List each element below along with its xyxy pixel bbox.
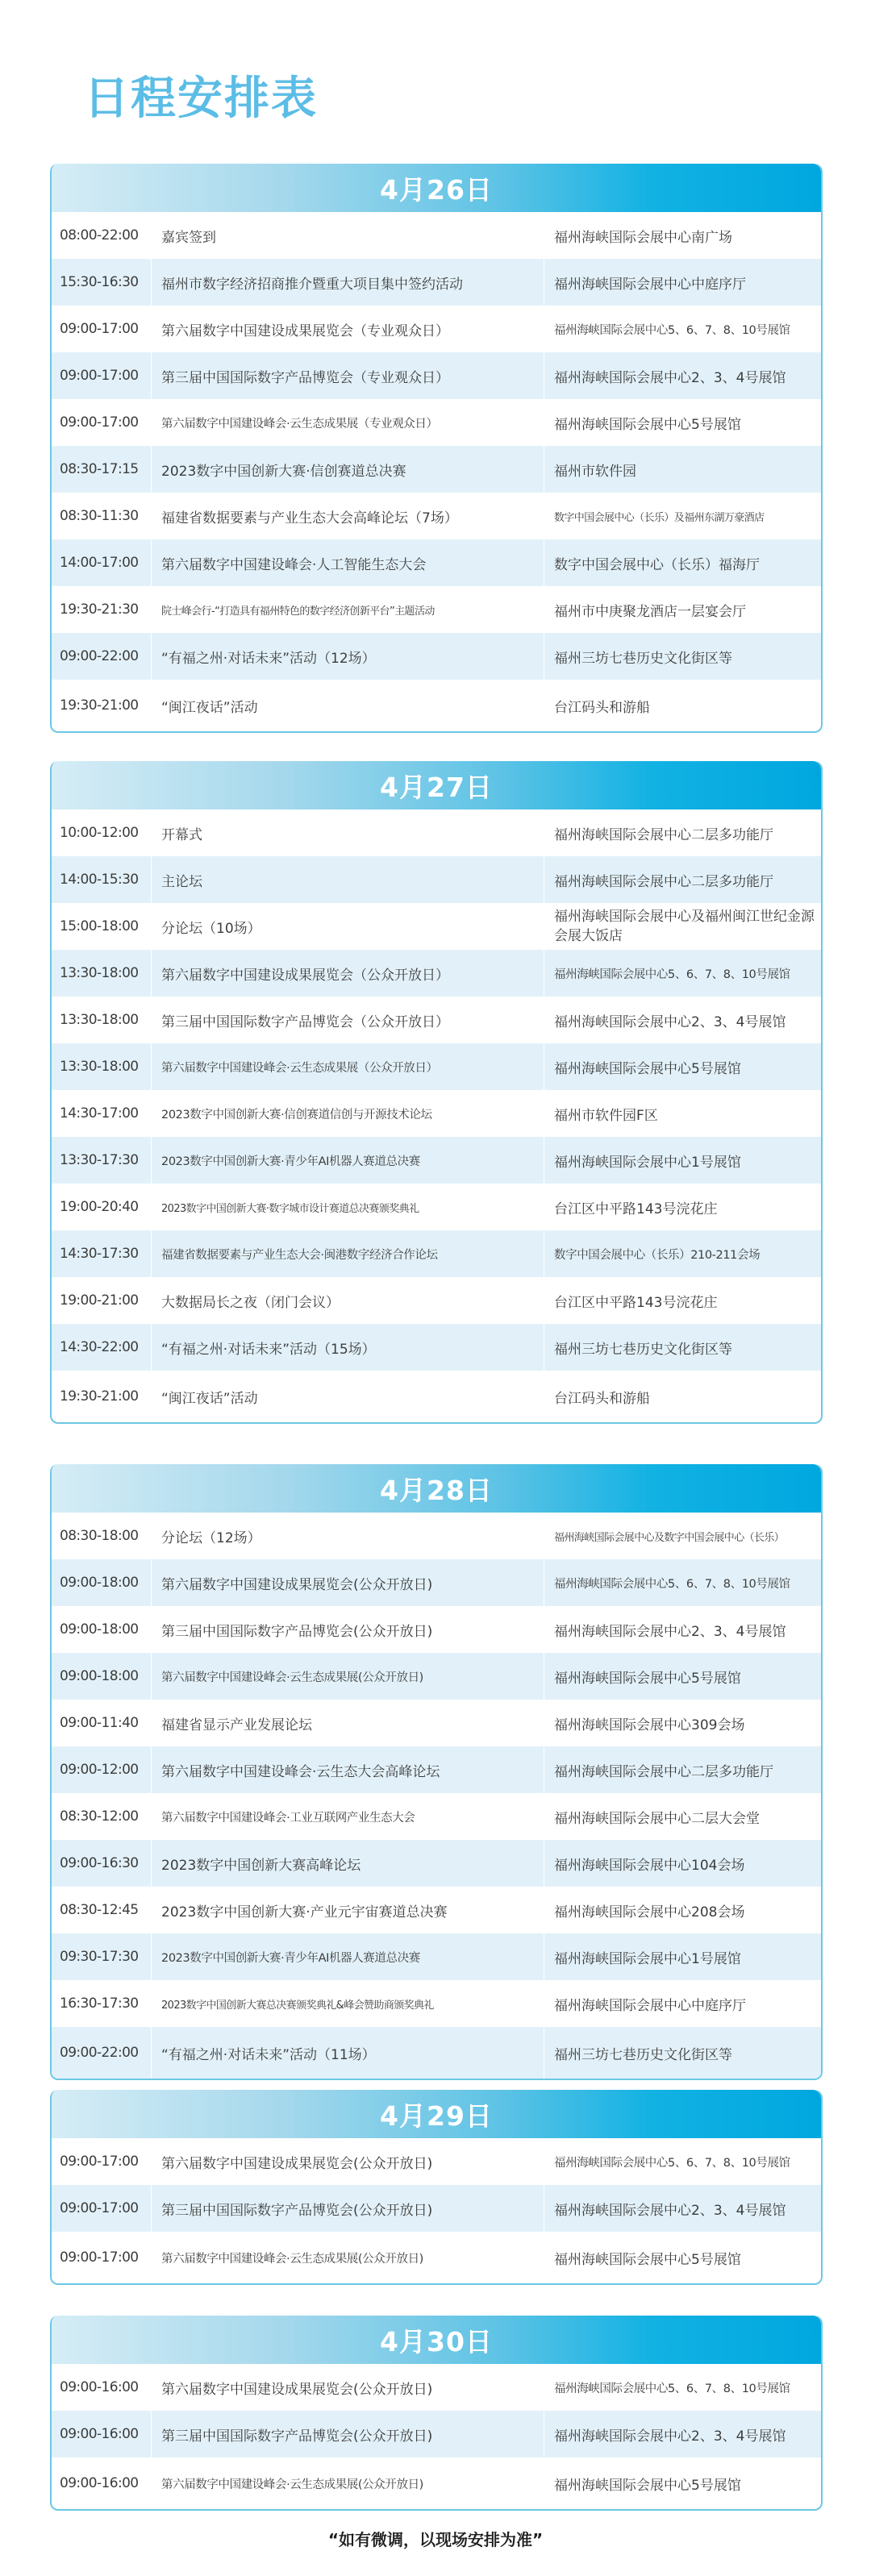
venue-cell: 福州海峡国际会展中心5、6、7、8、10号展馆 [544,1559,821,1606]
venue-cell: 福州海峡国际会展中心2、3、4号展馆 [544,997,821,1043]
venue-cell: 福州海峡国际会展中心二层多功能厅 [544,856,821,903]
venue-cell: 福州三坊七巷历史文化街区等 [544,2027,821,2079]
time-cell: 14:00-15:30 [52,856,151,903]
event-cell: 2023数字中国创新大赛高峰论坛 [151,1840,544,1887]
time-cell: 09:00-17:00 [52,352,151,399]
venue-cell: 福州三坊七巷历史文化街区等 [544,633,821,680]
day-section-apr27: 4月27日 10:00-12:00开幕式福州海峡国际会展中心二层多功能厅 14:… [50,761,823,1424]
venue-cell: 福州海峡国际会展中心208会场 [544,1887,821,1933]
venue-cell: 台江区中平路143号浣花庄 [544,1184,821,1230]
venue-cell: 福州海峡国际会展中心中庭序厅 [544,1980,821,2027]
time-cell: 19:00-20:40 [52,1184,151,1230]
table-row: 08:00-22:00嘉宾签到福州海峡国际会展中心南广场 [52,212,821,259]
table-row: 09:00-11:40福建省显示产业发展论坛福州海峡国际会展中心309会场 [52,1700,821,1746]
venue-cell: 福州海峡国际会展中心1号展馆 [544,1137,821,1184]
time-cell: 19:30-21:00 [52,1371,151,1422]
venue-cell: 福州海峡国际会展中心及福州闽江世纪金源会展大饭店 [544,903,821,950]
time-cell: 08:30-17:15 [52,446,151,493]
table-row: 09:00-16:00第六届数字中国建设峰会·云生态成果展(公众开放日)福州海峡… [52,2457,821,2509]
venue-cell: 福州海峡国际会展中心2、3、4号展馆 [544,1606,821,1653]
event-cell: 第六届数字中国建设成果展览会（专业观众日） [151,306,544,352]
venue-cell: 台江区中平路143号浣花庄 [544,1277,821,1324]
event-cell: 开幕式 [151,809,544,856]
venue-cell: 福州市软件园F区 [544,1090,821,1137]
table-row: 13:30-17:302023数字中国创新大赛·青少年AI机器人赛道总决赛福州海… [52,1137,821,1184]
time-cell: 15:00-18:00 [52,903,151,950]
venue-cell: 数字中国会展中心（长乐）福海厅 [544,539,821,586]
time-cell: 09:00-18:00 [52,1653,151,1700]
table-row: 15:00-18:00分论坛（10场）福州海峡国际会展中心及福州闽江世纪金源会展… [52,903,821,950]
schedule-table: 10:00-12:00开幕式福州海峡国际会展中心二层多功能厅 14:00-15:… [52,809,821,1422]
day-header: 4月28日 [52,1464,821,1513]
time-cell: 09:00-17:00 [52,2185,151,2232]
table-row: 13:30-18:00第六届数字中国建设成果展览会（公众开放日）福州海峡国际会展… [52,950,821,997]
table-row: 14:30-22:00“有福之州·对话未来”活动（15场）福州三坊七巷历史文化街… [52,1324,821,1371]
table-row: 09:00-17:00第六届数字中国建设峰会·云生态成果展（专业观众日）福州海峡… [52,399,821,446]
event-cell: 第六届数字中国建设峰会·云生态成果展（公众开放日） [151,1043,544,1090]
table-row: 08:30-12:452023数字中国创新大赛·产业元宇宙赛道总决赛福州海峡国际… [52,1887,821,1933]
table-row: 09:00-22:00“有福之州·对话未来”活动（12场）福州三坊七巷历史文化街… [52,633,821,680]
time-cell: 09:00-18:00 [52,1606,151,1653]
day-section-apr29: 4月29日 09:00-17:00第六届数字中国建设成果展览会(公众开放日)福州… [50,2090,823,2285]
table-row: 09:00-22:00“有福之州·对话未来”活动（11场）福州三坊七巷历史文化街… [52,2027,821,2079]
schedule-table: 09:00-16:00第六届数字中国建设成果展览会(公众开放日)福州海峡国际会展… [52,2364,821,2509]
event-cell: 第六届数字中国建设峰会·工业互联网产业生态大会 [151,1793,544,1840]
event-cell: 大数据局长之夜（闭门会议） [151,1277,544,1324]
event-cell: 2023数字中国创新大赛·产业元宇宙赛道总决赛 [151,1887,544,1933]
time-cell: 09:00-18:00 [52,1559,151,1606]
schedule-table: 08:00-22:00嘉宾签到福州海峡国际会展中心南广场 15:30-16:30… [52,212,821,731]
table-row: 09:00-16:00第六届数字中国建设成果展览会(公众开放日)福州海峡国际会展… [52,2364,821,2411]
event-cell: 第六届数字中国建设成果展览会(公众开放日) [151,2138,544,2185]
event-cell: 第六届数字中国建设成果展览会(公众开放日) [151,2364,544,2411]
time-cell: 14:30-17:30 [52,1230,151,1277]
time-cell: 09:00-17:00 [52,2138,151,2185]
table-row: 09:00-17:00第六届数字中国建设成果展览会(公众开放日)福州海峡国际会展… [52,2138,821,2185]
day-header: 4月30日 [52,2316,821,2364]
table-row: 16:30-17:302023数字中国创新大赛总决赛颁奖典礼&峰会赞助商颁奖典礼… [52,1980,821,2027]
venue-cell: 福州三坊七巷历史文化街区等 [544,1324,821,1371]
venue-cell: 福州海峡国际会展中心二层多功能厅 [544,1746,821,1793]
venue-cell: 福州海峡国际会展中心5、6、7、8、10号展馆 [544,306,821,352]
day-header: 4月27日 [52,761,821,809]
time-cell: 09:00-17:00 [52,2232,151,2283]
time-cell: 09:00-16:30 [52,1840,151,1887]
time-cell: 13:30-18:00 [52,1043,151,1090]
venue-cell: 福州海峡国际会展中心5号展馆 [544,399,821,446]
event-cell: 院士峰会行-“打造具有福州特色的数字经济创新平台”主题活动 [151,586,544,633]
schedule-table: 09:00-17:00第六届数字中国建设成果展览会(公众开放日)福州海峡国际会展… [52,2138,821,2283]
event-cell: 第六届数字中国建设成果展览会（公众开放日） [151,950,544,997]
table-row: 14:30-17:002023数字中国创新大赛·信创赛道信创与开源技术论坛福州市… [52,1090,821,1137]
event-cell: 第六届数字中国建设成果展览会(公众开放日) [151,1559,544,1606]
time-cell: 09:00-16:00 [52,2457,151,2509]
table-row: 09:00-17:00第六届数字中国建设峰会·云生态成果展(公众开放日)福州海峡… [52,2232,821,2283]
event-cell: “有福之州·对话未来”活动（15场） [151,1324,544,1371]
time-cell: 09:30-17:30 [52,1933,151,1980]
event-cell: 第三届中国国际数字产品博览会(公众开放日) [151,1606,544,1653]
table-row: 15:30-16:30福州市数字经济招商推介暨重大项目集中签约活动福州海峡国际会… [52,259,821,306]
time-cell: 09:00-11:40 [52,1700,151,1746]
table-row: 09:30-17:302023数字中国创新大赛·青少年AI机器人赛道总决赛福州海… [52,1933,821,1980]
venue-cell: 福州海峡国际会展中心南广场 [544,212,821,259]
venue-cell: 福州海峡国际会展中心5号展馆 [544,1043,821,1090]
table-row: 19:30-21:30院士峰会行-“打造具有福州特色的数字经济创新平台”主题活动… [52,586,821,633]
time-cell: 08:30-12:45 [52,1887,151,1933]
time-cell: 16:30-17:30 [52,1980,151,2027]
event-cell: 主论坛 [151,856,544,903]
event-cell: 第三届中国国际数字产品博览会（公众开放日） [151,997,544,1043]
table-row: 09:00-16:302023数字中国创新大赛高峰论坛福州海峡国际会展中心104… [52,1840,821,1887]
event-cell: 第三届中国国际数字产品博览会（专业观众日） [151,352,544,399]
day-header: 4月26日 [52,164,821,212]
table-row: 19:00-21:00大数据局长之夜（闭门会议）台江区中平路143号浣花庄 [52,1277,821,1324]
venue-cell: 福州海峡国际会展中心5、6、7、8、10号展馆 [544,2364,821,2411]
table-row: 08:30-11:30福建省数据要素与产业生态大会高峰论坛（7场）数字中国会展中… [52,493,821,539]
day-section-apr30: 4月30日 09:00-16:00第六届数字中国建设成果展览会(公众开放日)福州… [50,2316,823,2511]
event-cell: 第三届中国国际数字产品博览会(公众开放日) [151,2185,544,2232]
venue-cell: 福州海峡国际会展中心2、3、4号展馆 [544,352,821,399]
venue-cell: 福州海峡国际会展中心5号展馆 [544,2457,821,2509]
time-cell: 14:30-17:00 [52,1090,151,1137]
venue-cell: 数字中国会展中心（长乐）210-211会场 [544,1230,821,1277]
venue-cell: 福州海峡国际会展中心中庭序厅 [544,259,821,306]
event-cell: 2023数字中国创新大赛总决赛颁奖典礼&峰会赞助商颁奖典礼 [151,1980,544,2027]
event-cell: 第六届数字中国建设峰会·云生态成果展(公众开放日) [151,2232,544,2283]
event-cell: 第六届数字中国建设峰会·云生态成果展（专业观众日） [151,399,544,446]
event-cell: 嘉宾签到 [151,212,544,259]
time-cell: 19:30-21:30 [52,586,151,633]
schedule-table: 08:30-18:00分论坛（12场）福州海峡国际会展中心及数字中国会展中心（长… [52,1513,821,2079]
event-cell: 第三届中国国际数字产品博览会(公众开放日) [151,2411,544,2457]
table-row: 19:00-20:402023数字中国创新大赛·数字城市设计赛道总决赛颁奖典礼台… [52,1184,821,1230]
event-cell: 第六届数字中国建设峰会·云生态成果展(公众开放日) [151,1653,544,1700]
event-cell: 2023数字中国创新大赛·信创赛道总决赛 [151,446,544,493]
venue-cell: 福州海峡国际会展中心二层多功能厅 [544,809,821,856]
event-cell: 福建省数据要素与产业生态大会高峰论坛（7场） [151,493,544,539]
event-cell: 2023数字中国创新大赛·信创赛道信创与开源技术论坛 [151,1090,544,1137]
time-cell: 08:30-18:00 [52,1513,151,1559]
time-cell: 08:00-22:00 [52,212,151,259]
table-row: 09:00-18:00第六届数字中国建设峰会·云生态成果展(公众开放日)福州海峡… [52,1653,821,1700]
table-row: 09:00-17:00第三届中国国际数字产品博览会（专业观众日）福州海峡国际会展… [52,352,821,399]
time-cell: 08:30-11:30 [52,493,151,539]
time-cell: 09:00-22:00 [52,2027,151,2079]
table-row: 19:30-21:00“闽江夜话”活动台江码头和游船 [52,1371,821,1422]
venue-cell: 福州海峡国际会展中心1号展馆 [544,1933,821,1980]
time-cell: 14:00-17:00 [52,539,151,586]
event-cell: 第六届数字中国建设峰会·云生态大会高峰论坛 [151,1746,544,1793]
venue-cell: 福州海峡国际会展中心5号展馆 [544,2232,821,2283]
event-cell: 福建省显示产业发展论坛 [151,1700,544,1746]
table-row: 08:30-18:00分论坛（12场）福州海峡国际会展中心及数字中国会展中心（长… [52,1513,821,1559]
day-title: 4月30日 [380,2321,493,2359]
venue-cell: 台江码头和游船 [544,680,821,731]
table-row: 09:00-12:00第六届数字中国建设峰会·云生态大会高峰论坛福州海峡国际会展… [52,1746,821,1793]
table-row: 14:30-17:30福建省数据要素与产业生态大会·闽港数字经济合作论坛数字中国… [52,1230,821,1277]
table-row: 14:00-17:00第六届数字中国建设峰会·人工智能生态大会数字中国会展中心（… [52,539,821,586]
table-row: 13:30-18:00第三届中国国际数字产品博览会（公众开放日）福州海峡国际会展… [52,997,821,1043]
day-title: 4月29日 [380,2095,493,2133]
venue-cell: 台江码头和游船 [544,1371,821,1422]
table-row: 08:30-17:152023数字中国创新大赛·信创赛道总决赛福州市软件园 [52,446,821,493]
event-cell: 2023数字中国创新大赛·青少年AI机器人赛道总决赛 [151,1137,544,1184]
table-row: 09:00-17:00第六届数字中国建设成果展览会（专业观众日）福州海峡国际会展… [52,306,821,352]
event-cell: “闽江夜话”活动 [151,680,544,731]
venue-cell: 福州海峡国际会展中心及数字中国会展中心（长乐） [544,1513,821,1559]
venue-cell: 福州海峡国际会展中心二层大会堂 [544,1793,821,1840]
table-row: 09:00-17:00第三届中国国际数字产品博览会(公众开放日)福州海峡国际会展… [52,2185,821,2232]
event-cell: “有福之州·对话未来”活动（11场） [151,2027,544,2079]
time-cell: 13:30-18:00 [52,997,151,1043]
event-cell: 分论坛（12场） [151,1513,544,1559]
venue-cell: 福州海峡国际会展中心2、3、4号展馆 [544,2185,821,2232]
venue-cell: 福州海峡国际会展中心5、6、7、8、10号展馆 [544,2138,821,2185]
day-section-apr28: 4月28日 08:30-18:00分论坛（12场）福州海峡国际会展中心及数字中国… [50,1464,823,2080]
time-cell: 09:00-17:00 [52,399,151,446]
time-cell: 08:30-12:00 [52,1793,151,1840]
venue-cell: 福州市中庚聚龙酒店一层宴会厅 [544,586,821,633]
time-cell: 19:00-21:00 [52,1277,151,1324]
footer-note: “如有微调，以现场安排为准” [0,2527,871,2550]
time-cell: 09:00-16:00 [52,2364,151,2411]
event-cell: 福建省数据要素与产业生态大会·闽港数字经济合作论坛 [151,1230,544,1277]
event-cell: 分论坛（10场） [151,903,544,950]
venue-cell: 福州海峡国际会展中心2、3、4号展馆 [544,2411,821,2457]
event-cell: “有福之州·对话未来”活动（12场） [151,633,544,680]
event-cell: “闽江夜话”活动 [151,1371,544,1422]
venue-cell: 福州市软件园 [544,446,821,493]
time-cell: 13:30-18:00 [52,950,151,997]
day-title: 4月28日 [380,1470,493,1508]
table-row: 08:30-12:00第六届数字中国建设峰会·工业互联网产业生态大会福州海峡国际… [52,1793,821,1840]
day-title: 4月27日 [380,767,493,805]
time-cell: 19:30-21:00 [52,680,151,731]
table-row: 09:00-16:00第三届中国国际数字产品博览会(公众开放日)福州海峡国际会展… [52,2411,821,2457]
time-cell: 13:30-17:30 [52,1137,151,1184]
event-cell: 2023数字中国创新大赛·青少年AI机器人赛道总决赛 [151,1933,544,1980]
time-cell: 10:00-12:00 [52,809,151,856]
table-row: 19:30-21:00“闽江夜话”活动台江码头和游船 [52,680,821,731]
venue-cell: 福州海峡国际会展中心309会场 [544,1700,821,1746]
day-section-apr26: 4月26日 08:00-22:00嘉宾签到福州海峡国际会展中心南广场 15:30… [50,164,823,733]
venue-cell: 福州海峡国际会展中心5、6、7、8、10号展馆 [544,950,821,997]
time-cell: 14:30-22:00 [52,1324,151,1371]
time-cell: 09:00-22:00 [52,633,151,680]
day-title: 4月26日 [380,169,493,207]
event-cell: 第六届数字中国建设峰会·云生态成果展(公众开放日) [151,2457,544,2509]
time-cell: 09:00-17:00 [52,306,151,352]
table-row: 14:00-15:30主论坛福州海峡国际会展中心二层多功能厅 [52,856,821,903]
page-title: 日程安排表 [84,71,318,127]
table-row: 09:00-18:00第三届中国国际数字产品博览会(公众开放日)福州海峡国际会展… [52,1606,821,1653]
day-header: 4月29日 [52,2090,821,2138]
event-cell: 福州市数字经济招商推介暨重大项目集中签约活动 [151,259,544,306]
venue-cell: 福州海峡国际会展中心104会场 [544,1840,821,1887]
venue-cell: 数字中国会展中心（长乐）及福州东湖万豪酒店 [544,493,821,539]
event-cell: 第六届数字中国建设峰会·人工智能生态大会 [151,539,544,586]
table-row: 10:00-12:00开幕式福州海峡国际会展中心二层多功能厅 [52,809,821,856]
venue-cell: 福州海峡国际会展中心5号展馆 [544,1653,821,1700]
time-cell: 09:00-16:00 [52,2411,151,2457]
table-row: 13:30-18:00第六届数字中国建设峰会·云生态成果展（公众开放日）福州海峡… [52,1043,821,1090]
time-cell: 15:30-16:30 [52,259,151,306]
table-row: 09:00-18:00第六届数字中国建设成果展览会(公众开放日)福州海峡国际会展… [52,1559,821,1606]
time-cell: 09:00-12:00 [52,1746,151,1793]
event-cell: 2023数字中国创新大赛·数字城市设计赛道总决赛颁奖典礼 [151,1184,544,1230]
